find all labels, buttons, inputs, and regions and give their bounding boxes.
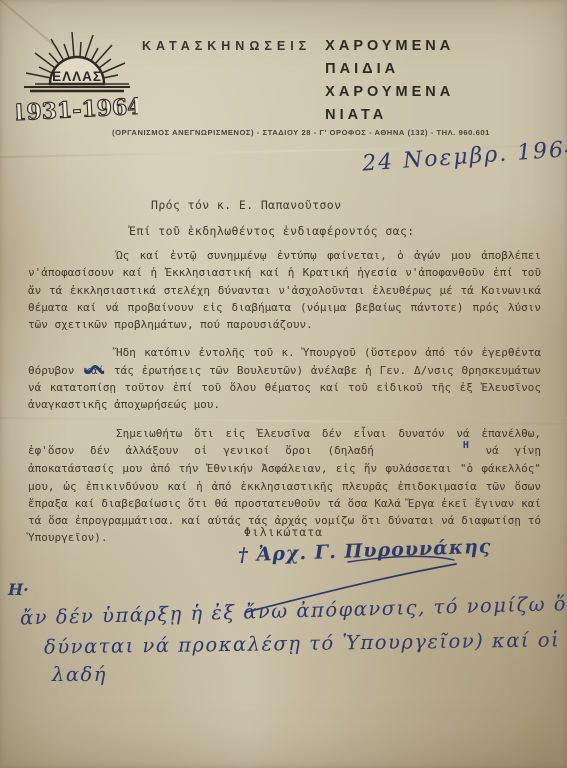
paragraph-1: Ὡς καί ἐντῷ συνημμένῳ ἐντύπῳ φαίνεται, ὁ… xyxy=(28,247,541,333)
recipient-line: Πρός τόν κ. Ε. Παπανοῦτσον xyxy=(151,198,341,212)
handwritten-date: 24 Νοεμβρ. 1964 xyxy=(361,136,567,176)
letterhead-title: ΚΑΤΑΣΚΗΝΩΣΕΙΣ ΧΑΡΟΥΜΕΝΑ ΠΑΙΔΙΑ ΧΑΡΟΥΜΕΝΑ… xyxy=(142,38,454,123)
subject-line: Ἐπί τοῦ ἐκδηλωθέντος ἐνδιαφέροντός σας: xyxy=(129,224,415,238)
org-name-plain: ΚΑΤΑΣΚΗΝΩΣΕΙΣ xyxy=(142,38,311,123)
rising-sun-icon: ΕΛΛΑΣ 1931-1964 xyxy=(16,24,138,132)
logo-ellas-text: ΕΛΛΑΣ xyxy=(52,69,102,84)
org-name-bold-block: ΧΑΡΟΥΜΕΝΑ ΠΑΙΔΙΑ ΧΑΡΟΥΜΕΝΑ ΝΙΑΤΑ xyxy=(325,38,454,123)
letter-body: Ὡς καί ἐντῷ συνημμένῳ ἐντύπῳ φαίνεται, ὁ… xyxy=(28,247,541,558)
postscript-line: δύναται νά προκαλέσῃ τό Ὑπουργεῖον) καί … xyxy=(44,626,567,658)
org-name-word: ΝΙΑΤΑ xyxy=(325,107,454,123)
org-name-word: ΠΑΙΔΙΑ xyxy=(325,61,454,77)
paragraph-2-text: τάς ἐρωτήσεις τῶν Βουλευτῶν) ἀνέλαβε ἡ Γ… xyxy=(28,364,541,412)
crossed-out-word: καί xyxy=(84,364,104,377)
scanned-letter-page: ΕΛΛΑΣ 1931-1964 ΚΑΤΑΣΚΗΝΩΣΕΙΣ ΧΑΡΟΥΜΕΝΑ … xyxy=(0,0,567,768)
logo-years-text: 1931-1964 xyxy=(16,94,138,127)
org-name-word: ΧΑΡΟΥΜΕΝΑ xyxy=(325,38,454,54)
sunburst-logo: ΕΛΛΑΣ 1931-1964 xyxy=(16,24,138,132)
org-name-word: ΧΑΡΟΥΜΕΝΑ xyxy=(325,84,454,100)
paragraph-1-text: Ὡς καί ἐντῷ συνημμένῳ ἐντύπῳ φαίνεται, ὁ… xyxy=(28,249,541,331)
postscript-reference-mark: Η· xyxy=(8,580,29,599)
paragraph-2: Ἤδη κατόπιν ἐντολῆς τοῦ κ. Ὑπουργοῦ (ὕστ… xyxy=(28,344,541,413)
postscript-line: λαδή xyxy=(52,663,107,686)
letterhead-address: (ΟΡΓΑΝΙΣΜΟΣ ΑΝΕΓΝΩΡΙΣΜΕΝΟΣ) - ΣΤΑΔΙΟΥ 28… xyxy=(112,128,562,137)
handwritten-insertion-mark: Η xyxy=(375,437,469,454)
